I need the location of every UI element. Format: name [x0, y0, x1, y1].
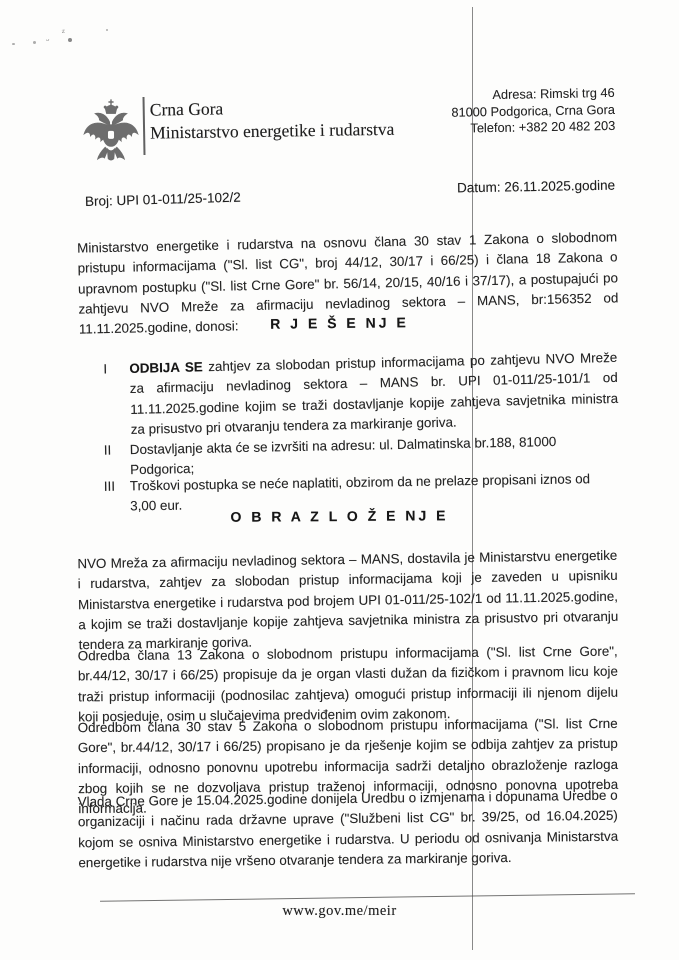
section-title-obrazlozenje: O B R A Z L O Ž E NJ E — [0, 506, 679, 527]
letterhead-divider — [142, 97, 145, 155]
item-bold-label: ODBIJA SE — [129, 359, 208, 376]
decision-item: I ODBIJA SE zahtjev za slobodan pristup … — [77, 348, 619, 441]
scan-artifact — [33, 41, 36, 44]
scanned-document-page: ᵕ ᶻ Crna Gora Ministarstvo energetike i … — [0, 0, 679, 960]
document-date: Datum: 26.11.2025.godine — [457, 178, 615, 196]
letterhead-address-block: Adresa: Rimski trg 46 81000 Podgorica, C… — [375, 85, 616, 139]
montenegro-coat-of-arms-icon — [82, 94, 140, 168]
document-number: Broj: UPI 01-011/25-102/2 — [85, 190, 241, 209]
footer-rule — [100, 893, 635, 901]
item-text: ODBIJA SE zahtjev za slobodan pristup in… — [129, 348, 619, 440]
scan-artifact — [106, 29, 108, 31]
scan-artifact — [12, 43, 15, 45]
footer-website: www.gov.me/meir — [0, 903, 679, 920]
item-numeral: I — [77, 359, 131, 441]
scan-artifact: ᶻ — [61, 28, 66, 39]
reasoning-paragraph: NVO Mreža za afirmaciju nevladinog sekto… — [77, 546, 619, 656]
scan-artifact: ᵕ — [45, 36, 51, 48]
reasoning-paragraph: Vlada Crne Gore je 15.04.2025.godine don… — [78, 786, 619, 874]
scan-artifact — [68, 38, 72, 42]
phone-line: Telefon: +382 20 482 203 — [375, 118, 615, 139]
